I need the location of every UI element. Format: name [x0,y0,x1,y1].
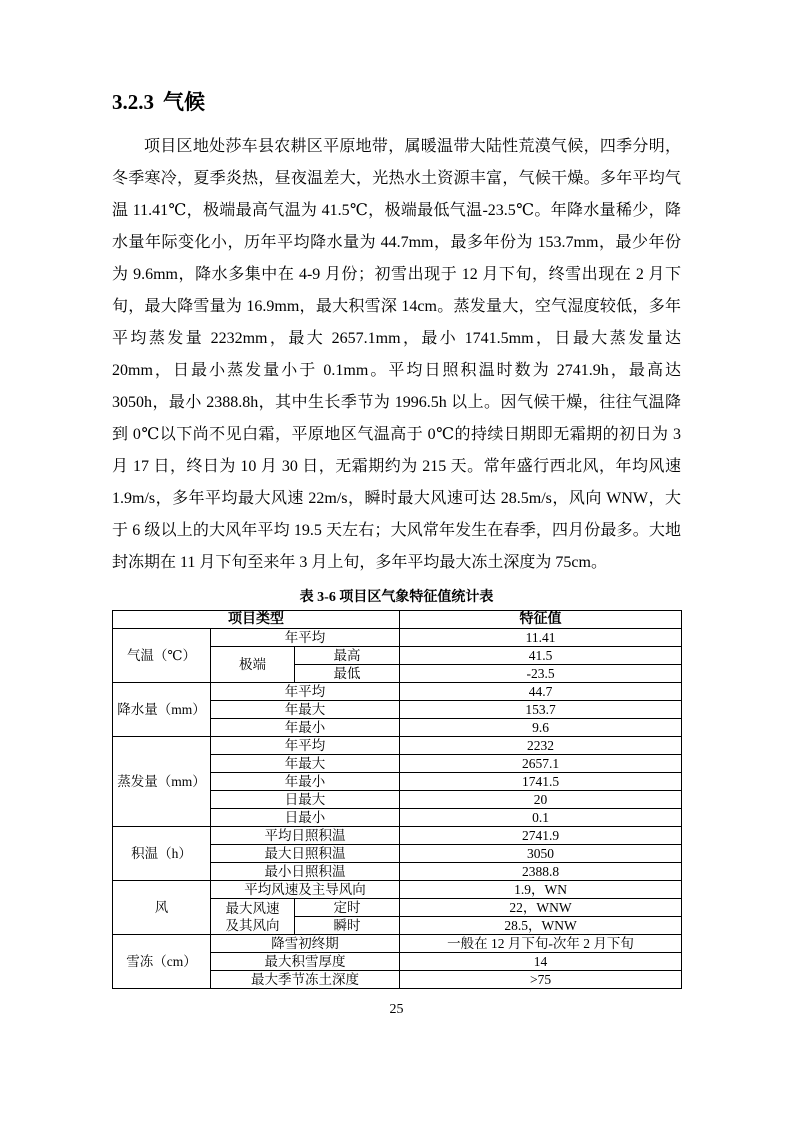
row-value-cell: 9.6 [400,719,682,737]
table-header-category: 项目类型 [113,611,400,629]
group-label-cell: 风 [113,881,211,935]
table-row: 积温（h） 平均日照积温 2741.9 [113,827,682,845]
row-value-cell: 153.7 [400,701,682,719]
row-label-cell: 最小日照积温 [211,863,400,881]
row-label-cell: 定时 [295,899,400,917]
table-row: 风 平均风速及主导风向 1.9，WN [113,881,682,899]
row-label-cell: 平均风速及主导风向 [211,881,400,899]
row-label-cell: 日最小 [211,809,400,827]
row-value-cell: 一般在 12 月下旬-次年 2 月下旬 [400,935,682,953]
row-label-cell: 年平均 [211,737,400,755]
row-label-cell: 年平均 [211,629,400,647]
row-value-cell: 41.5 [400,647,682,665]
group-label-cell: 积温（h） [113,827,211,881]
heading-number: 3.2.3 [112,90,154,114]
row-label-cell: 年最小 [211,719,400,737]
table-header-row: 项目类型 特征值 [113,611,682,629]
row-value-cell: 1.9，WN [400,881,682,899]
table-title: 表 3-6 项目区气象特征值统计表 [112,586,681,606]
table-row: 雪冻（cm） 降雪初终期 一般在 12 月下旬-次年 2 月下旬 [113,935,682,953]
row-value-cell: 0.1 [400,809,682,827]
group-label-cell: 雪冻（cm） [113,935,211,989]
table-header-value: 特征值 [400,611,682,629]
row-label-cell: 最大日照积温 [211,845,400,863]
row-label-cell: 年平均 [211,683,400,701]
row-label-cell: 最低 [295,665,400,683]
page-number: 25 [112,1002,681,1018]
row-value-cell: 2657.1 [400,755,682,773]
row-sub-label-cell: 极端 [211,647,295,683]
row-value-cell: 1741.5 [400,773,682,791]
row-value-cell: 44.7 [400,683,682,701]
row-sub-label-cell: 最大风速 及其风向 [211,899,295,935]
row-value-cell: 3050 [400,845,682,863]
section-heading: 3.2.3气候 [112,88,681,117]
table-row: 降水量（mm） 年平均 44.7 [113,683,682,701]
row-label-cell: 年最大 [211,701,400,719]
climate-table: 项目类型 特征值 气温（℃） 年平均 11.41 极端 最高 41.5 最低 -… [112,610,682,989]
row-value-cell: 11.41 [400,629,682,647]
row-label-cell: 最大积雪厚度 [211,953,400,971]
row-value-cell: 28.5，WNW [400,917,682,935]
group-label-cell: 降水量（mm） [113,683,211,737]
row-label-cell: 日最大 [211,791,400,809]
document-page: 3.2.3气候 项目区地处莎车县农耕区平原地带，属暖温带大陆性荒漠气候，四季分明… [0,0,793,1122]
group-label-cell: 蒸发量（mm） [113,737,211,827]
row-label-cell: 年最小 [211,773,400,791]
row-value-cell: 2741.9 [400,827,682,845]
row-value-cell: 2232 [400,737,682,755]
row-value-cell: 14 [400,953,682,971]
table-row: 蒸发量（mm） 年平均 2232 [113,737,682,755]
group-label-cell: 气温（℃） [113,629,211,683]
row-label-cell: 平均日照积温 [211,827,400,845]
row-value-cell: 2388.8 [400,863,682,881]
row-value-cell: 20 [400,791,682,809]
row-label-cell: 瞬时 [295,917,400,935]
heading-title: 气候 [163,91,205,114]
row-value-cell: -23.5 [400,665,682,683]
row-label-cell: 降雪初终期 [211,935,400,953]
climate-paragraph: 项目区地处莎车县农耕区平原地带，属暖温带大陆性荒漠气候，四季分明，冬季寒冷，夏季… [112,131,681,579]
row-value-cell: >75 [400,971,682,989]
row-label-cell: 最大季节冻土深度 [211,971,400,989]
row-label-cell: 最高 [295,647,400,665]
row-value-cell: 22，WNW [400,899,682,917]
table-row: 气温（℃） 年平均 11.41 [113,629,682,647]
row-label-cell: 年最大 [211,755,400,773]
